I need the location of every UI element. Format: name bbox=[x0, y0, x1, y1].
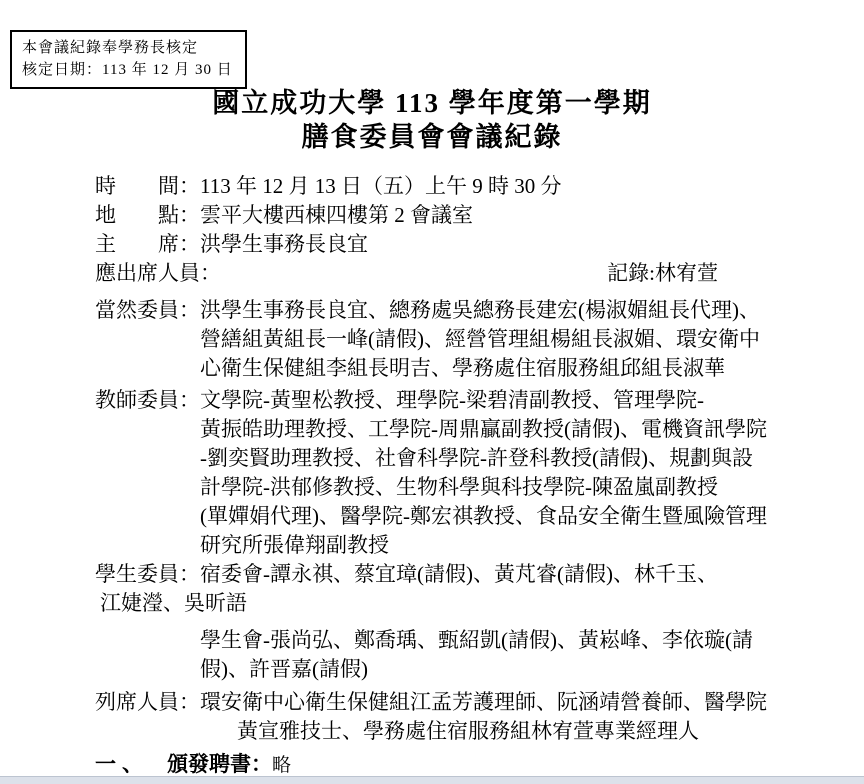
document-body: 時 間：113 年 12 月 13 日（五）上午 9 時 30 分地 點：雲平大… bbox=[95, 172, 773, 746]
document-line: 計學院-洪郁修教授、生物科學與科技學院-陳盈嵐副教授 bbox=[95, 473, 773, 502]
field-value: 宿委會-譚永祺、蔡宜璋(請假)、黃芃睿(請假)、林千玉、 bbox=[200, 560, 718, 589]
document-line: 假)、許晋嘉(請假) bbox=[95, 655, 773, 684]
field-label: 時 間： bbox=[95, 172, 200, 201]
approval-box: 本會議紀錄奉學務長核定 核定日期：113 年 12 月 30 日 bbox=[10, 30, 247, 89]
field-value: 研究所張偉翔副教授 bbox=[200, 531, 389, 560]
document-line: 應出席人員：記錄:林宥萱 bbox=[95, 259, 773, 288]
field-value: 營繕組黃組長一峰(請假)、經營管理組楊組長淑媚、環安衛中 bbox=[200, 325, 760, 354]
field-value: 洪學生事務長良宜 bbox=[200, 230, 368, 259]
document-line: 心衛生保健組李組長明吉、學務處住宿服務組邱組長淑華 bbox=[95, 354, 773, 383]
document-line: 列席人員：環安衛中心衛生保健組江孟芳護理師、阮涵靖營養師、醫學院 bbox=[95, 688, 773, 717]
approval-line-2: 核定日期：113 年 12 月 30 日 bbox=[22, 59, 233, 81]
title-line-2: 膳食委員會會議紀錄 bbox=[0, 120, 864, 154]
document-line: 學生會-張尚弘、鄭喬瑀、甄紹凱(請假)、黃崧峰、李依璇(請 bbox=[95, 626, 773, 655]
field-value: 黃振皓助理教授、工學院-周鼎贏副教授(請假)、電機資訊學院 bbox=[200, 415, 767, 444]
document-line: -劉奕賢助理教授、社會科學院-許登科教授(請假)、規劃與設 bbox=[95, 444, 773, 473]
field-label: 當然委員： bbox=[95, 296, 200, 325]
field-value: 心衛生保健組李組長明吉、學務處住宿服務組邱組長淑華 bbox=[200, 354, 725, 383]
document-page: 本會議紀錄奉學務長核定 核定日期：113 年 12 月 30 日 國立成功大學 … bbox=[0, 0, 864, 784]
field-value: 黃宣雅技士、學務處住宿服務組林宥萱專業經理人 bbox=[237, 717, 699, 746]
field-label: 學生委員： bbox=[95, 560, 200, 589]
document-line: 時 間：113 年 12 月 13 日（五）上午 9 時 30 分 bbox=[95, 172, 773, 201]
field-label: 列席人員： bbox=[95, 688, 200, 717]
field-label: 地 點： bbox=[95, 201, 200, 230]
document-line: 黃振皓助理教授、工學院-周鼎贏副教授(請假)、電機資訊學院 bbox=[95, 415, 773, 444]
page-bottom-strip bbox=[0, 776, 864, 784]
document-line: 教師委員：文學院-黃聖松教授、理學院-梁碧清副教授、管理學院- bbox=[95, 386, 773, 415]
approval-line-1: 本會議紀錄奉學務長核定 bbox=[22, 37, 233, 59]
field-value: 江婕瀅、吳昕語 bbox=[100, 589, 247, 618]
field-label: 教師委員： bbox=[95, 386, 200, 415]
agenda-item-title: 頒發聘書： bbox=[167, 750, 272, 778]
agenda-item-number: 一、 bbox=[95, 750, 149, 778]
document-line: 黃宣雅技士、學務處住宿服務組林宥萱專業經理人 bbox=[95, 717, 773, 746]
title-line-1: 國立成功大學 113 學年度第一學期 bbox=[0, 86, 864, 120]
document-line: 營繕組黃組長一峰(請假)、經營管理組楊組長淑媚、環安衛中 bbox=[95, 325, 773, 354]
document-line: 地 點：雲平大樓西棟四樓第 2 會議室 bbox=[95, 201, 773, 230]
field-value: 學生會-張尚弘、鄭喬瑀、甄紹凱(請假)、黃崧峰、李依璇(請 bbox=[200, 626, 753, 655]
document-line: 當然委員：洪學生事務長良宜、總務處吳總務長建宏(楊淑媚組長代理)、 bbox=[95, 296, 773, 325]
field-value: 環安衛中心衛生保健組江孟芳護理師、阮涵靖營養師、醫學院 bbox=[200, 688, 767, 717]
document-line: 研究所張偉翔副教授 bbox=[95, 531, 773, 560]
field-label: 主 席： bbox=[95, 230, 200, 259]
document-line: 主 席：洪學生事務長良宜 bbox=[95, 230, 773, 259]
field-value: 洪學生事務長良宜、總務處吳總務長建宏(楊淑媚組長代理)、 bbox=[200, 296, 760, 325]
field-label: 應出席人員： bbox=[95, 259, 221, 288]
document-line: (單嬋娟代理)、醫學院-鄭宏祺教授、食品安全衛生暨風險管理 bbox=[95, 502, 773, 531]
recorder-note: 記錄:林宥萱 bbox=[607, 259, 773, 288]
field-value: 雲平大樓西棟四樓第 2 會議室 bbox=[200, 201, 473, 230]
document-title: 國立成功大學 113 學年度第一學期 膳食委員會會議紀錄 bbox=[0, 86, 864, 154]
field-value: -劉奕賢助理教授、社會科學院-許登科教授(請假)、規劃與設 bbox=[200, 444, 753, 473]
field-value: 假)、許晋嘉(請假) bbox=[200, 655, 368, 684]
field-value: (單嬋娟代理)、醫學院-鄭宏祺教授、食品安全衛生暨風險管理 bbox=[200, 502, 767, 531]
field-value: 文學院-黃聖松教授、理學院-梁碧清副教授、管理學院- bbox=[200, 386, 704, 415]
field-value: 113 年 12 月 13 日（五）上午 9 時 30 分 bbox=[200, 172, 561, 201]
field-value: 計學院-洪郁修教授、生物科學與科技學院-陳盈嵐副教授 bbox=[200, 473, 718, 502]
document-line: 學生委員：宿委會-譚永祺、蔡宜璋(請假)、黃芃睿(請假)、林千玉、 bbox=[95, 560, 773, 589]
document-line: 江婕瀅、吳昕語 bbox=[95, 589, 773, 618]
